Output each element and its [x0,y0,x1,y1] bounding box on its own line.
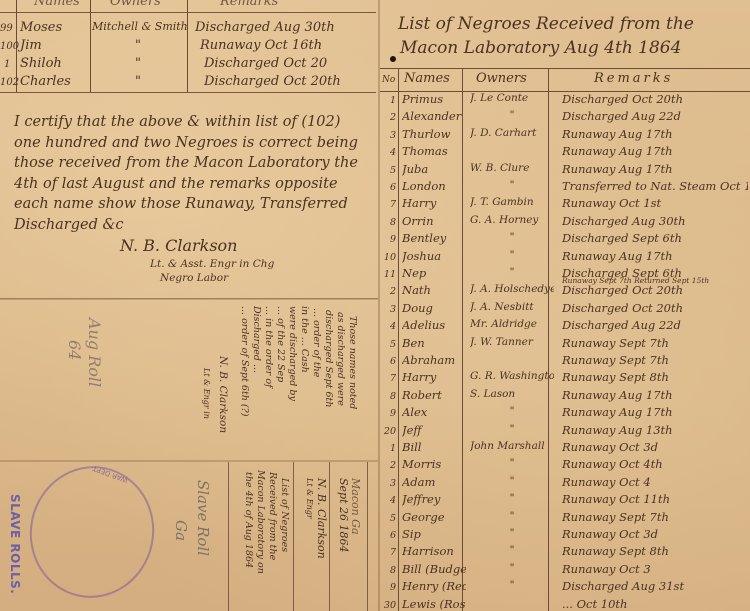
row-remark: Discharged Aug 22d [562,109,748,123]
row-remark: Runaway Oct 4 [562,475,748,489]
row-name: Juba [402,162,466,176]
row-number: 1 [382,443,396,454]
row-number: 8 [382,565,396,576]
row-owner: J. T. Gambin [470,196,554,208]
row-owner: " [470,457,554,469]
row-name: Alexander [402,109,466,123]
row-number: 8 [382,217,396,228]
row-name: Nep [402,266,466,280]
row-number: 9 [382,582,396,593]
ledger-row: 100 Jim " Runaway Oct 16th [0,38,376,55]
row-name: Joshua [402,249,466,263]
row-number: 3 [382,130,396,141]
row-name: Primus [402,92,466,106]
list-row: 7HarryJ. T. GambinRunaway Oct 1st [380,196,750,214]
row-remark: Discharged Sept 6th [562,231,748,245]
certification-signature: N. B. Clarkson [120,236,237,255]
ledger-row: 1 Shiloh " Discharged Oct 20 [0,56,376,73]
row-remark: Runaway Aug 17th [562,388,748,402]
list-row: 30Lewis (Rose)... Oct 10th [380,597,750,611]
list-row: 2NathJ. A. HolschedyeDischarged Oct 20th… [380,283,750,301]
pin-hole [390,56,396,62]
row-owner: " [470,249,554,261]
list-row: 5BenJ. W. TannerRunaway Sept 7th [380,336,750,354]
row-number: 4 [382,321,396,332]
row-remark: Runaway Sept 8th [562,370,748,384]
certification-signature-dept: Negro Labor [160,272,228,284]
row-name: Sip [402,527,466,541]
row-number: 6 [382,530,396,541]
row-remark: Discharged Aug 30th [562,214,748,228]
row-owner: " [470,423,554,435]
row-remark: Transferred to Nat. Steam Oct 10th [562,179,748,193]
list-row: 4ThomasRunaway Aug 17th [380,144,750,162]
list-row: 3DougJ. A. NesbittDischarged Oct 20th [380,301,750,319]
row-owner: " [470,405,554,417]
row-number: 7 [382,373,396,384]
row-number: 30 [382,600,396,611]
row-name: Robert [402,388,466,402]
list-row: 8RobertS. LasonRunaway Aug 17th [380,388,750,406]
list-title-line2: Macon Laboratory Aug 4th 1864 [400,38,681,58]
row-name: Harry [402,196,466,210]
row-name: Bentley [402,231,466,245]
row-owner: G. A. Horney [470,214,554,226]
row-name: Jeff [402,423,466,437]
row-remark: Runaway Aug 17th [562,249,748,263]
list-row: 4Jeffrey"Runaway Oct 11th [380,492,750,510]
list-row: 1BillJohn MarshallRunaway Oct 3d [380,440,750,458]
list-row: 3ThurlowJ. D. CarhartRunaway Aug 17th [380,127,750,145]
header-num: No [382,75,395,85]
row-remark: Runaway Oct 3d [562,440,748,454]
docket-rule [367,462,368,611]
list-row: 4AdeliusMr. AldridgeDischarged Aug 22d [380,318,750,336]
row-remark: Runaway Oct 3d [562,527,748,541]
ledger-row: 99 Moses Mitchell & Smith Discharged Aug… [0,20,376,37]
row-remark: Runaway Sept 8th [562,544,748,558]
row-remark: Discharged Oct 20th [562,301,748,315]
row-name: Lewis (Rose) [402,597,466,611]
row-owner: " [470,544,554,556]
row-remark: Discharged Oct 20th [562,92,748,106]
header-owners: Owners [476,71,527,86]
row-number: 9 [382,408,396,419]
row-remark: Runaway Sept 7th [562,510,748,524]
pencil-note-ga: Ga [172,520,190,541]
row-remark: Runaway Aug 17th [562,162,748,176]
list-row: 7Harrison"Runaway Sept 8th [380,544,750,562]
row-remark: ... Oct 10th [562,597,748,611]
row-remark: Runaway Oct 3 [562,562,748,576]
list-row: 8Bill (Budge)"Runaway Oct 3 [380,562,750,580]
row-number: 3 [382,304,396,315]
row-name: Harry [402,370,466,384]
list-row: 10Joshua"Runaway Aug 17th [380,249,750,267]
list-row: 7HarryG. R. WashingtonRunaway Sept 8th [380,370,750,388]
row-owner: W. B. Clure [470,162,554,174]
row-name: Doug [402,301,466,315]
row-number: 2 [382,286,396,297]
certification-text: I certify that the above & within list o… [14,112,359,235]
row-remark: Runaway Aug 17th [562,144,748,158]
list-header: No Names Owners Remarks [380,68,750,92]
row-name: Bill (Budge) [402,562,466,576]
list-row: 6London"Transferred to Nat. Steam Oct 10… [380,179,750,197]
endorsement-a-signature: N. B. Clarkson [217,356,228,433]
row-number: 4 [382,147,396,158]
row-owner: Mr. Aldridge [470,318,554,330]
row-owner: J. W. Tanner [470,336,554,348]
list-row: 9Bentley"Discharged Sept 6th [380,231,750,249]
row-owner: " [470,527,554,539]
list-row: 20Jeff"Runaway Aug 13th [380,423,750,441]
row-owner: J. A. Nesbitt [470,301,554,313]
row-number: 7 [382,199,396,210]
row-name: Orrin [402,214,466,228]
row-number: 2 [382,112,396,123]
list-row: 1PrimusJ. Le ConteDischarged Oct 20th [380,92,750,110]
row-owner: J. A. Holschedye [470,283,554,295]
list-row: 5George"Runaway Sept 7th [380,510,750,528]
header-names: Names [404,71,450,86]
row-owner: " [470,179,554,191]
row-name: Jeffrey [402,492,466,506]
list-row: 2Alexander"Discharged Aug 22d [380,109,750,127]
row-remark: Discharged Aug 31st [562,579,748,593]
ledger-header-remarks: Remarks [220,0,278,9]
row-name: Adelius [402,318,466,332]
row-number: 4 [382,495,396,506]
list-row: 2Morris"Runaway Oct 4th [380,457,750,475]
list-row: 3Adam"Runaway Oct 4 [380,475,750,493]
row-remark: Runaway Oct 1st [562,196,748,210]
ledger-row: 102 Charles " Discharged Oct 20th [0,74,376,91]
row-remark: Runaway Oct 11th [562,492,748,506]
row-name: George [402,510,466,524]
row-owner: " [470,510,554,522]
row-remark: Runaway Oct 4th [562,457,748,471]
pencil-note-aug-roll: Aug Roll [85,318,104,387]
row-name: Alex [402,405,466,419]
row-name: Harrison [402,544,466,558]
row-owner: J. Le Conte [470,92,554,104]
ledger-header-owners: Owners [110,0,161,9]
row-number: 10 [382,252,396,263]
docket-rule [329,462,330,611]
list-row: 9Alex"Runaway Aug 17th [380,405,750,423]
row-number: 6 [382,182,396,193]
row-remark: Runaway Aug 17th [562,127,748,141]
ledger-continuation: Names Owners Remarks 99 Moses Mitchell &… [0,0,376,100]
row-name: Morris [402,457,466,471]
row-note: Runaway Sept 7th Returned Sept 15th [562,276,709,285]
row-owner: " [470,562,554,574]
row-name: London [402,179,466,193]
row-name: Thurlow [402,127,466,141]
row-number: 5 [382,165,396,176]
row-number: 11 [382,269,396,280]
row-name: Thomas [402,144,466,158]
list-row: 8OrrinG. A. HorneyDischarged Aug 30th [380,214,750,232]
certification-signature-title: Lt. & Asst. Engr in Chg [150,258,274,270]
row-remark: Runaway Aug 13th [562,423,748,437]
slave-rolls-stamp: SLAVE ROLLS. [8,494,22,594]
ledger-header-names: Names [34,0,80,9]
row-owner: J. D. Carhart [470,127,554,139]
row-number: 7 [382,547,396,558]
row-owner: " [470,492,554,504]
row-name: Nath [402,283,466,297]
row-owner: G. R. Washington [470,370,554,382]
list-row: 6Sip"Runaway Oct 3d [380,527,750,545]
row-name: Abraham [402,353,466,367]
row-owner: " [470,231,554,243]
row-number: 6 [382,356,396,367]
docket-rule [293,462,294,611]
row-number: 3 [382,478,396,489]
row-name: Henry (Red) [402,579,466,593]
row-remark: Discharged Aug 22d [562,318,748,332]
list-row: 9Henry (Red)"Discharged Aug 31st [380,579,750,597]
row-owner: John Marshall [470,440,554,452]
row-name: Ben [402,336,466,350]
row-number: 20 [382,426,396,437]
pencil-note-year: 64 [65,340,84,360]
ledger-bottom-rule [0,92,376,93]
row-owner: " [470,109,554,121]
stamp-oval [18,455,167,610]
ledger-header-rule [0,12,376,13]
row-remark: Discharged Oct 20th [562,283,748,297]
row-number: 1 [382,95,396,106]
list-row: 6AbrahamRunaway Sept 7th [380,353,750,371]
pencil-note-slave-roll: Slave Roll [194,480,212,556]
row-owner: " [470,579,554,591]
row-owner: " [470,475,554,487]
row-name: Bill [402,440,466,454]
header-remarks: Remarks [594,71,673,86]
row-owner: S. Lason [470,388,554,400]
row-number: 5 [382,339,396,350]
row-remark: Runaway Sept 7th [562,353,748,367]
row-number: 2 [382,460,396,471]
row-number: 8 [382,391,396,402]
row-remark: Runaway Aug 17th [562,405,748,419]
row-owner: " [470,266,554,278]
list-title-line1: List of Negroes Received from the [398,14,694,34]
row-number: 5 [382,513,396,524]
list-row: 5JubaW. B. ClureRunaway Aug 17th [380,162,750,180]
row-remark: Runaway Sept 7th [562,336,748,350]
document-scan: Names Owners Remarks 99 Moses Mitchell &… [0,0,750,611]
row-number: 9 [382,234,396,245]
row-name: Adam [402,475,466,489]
